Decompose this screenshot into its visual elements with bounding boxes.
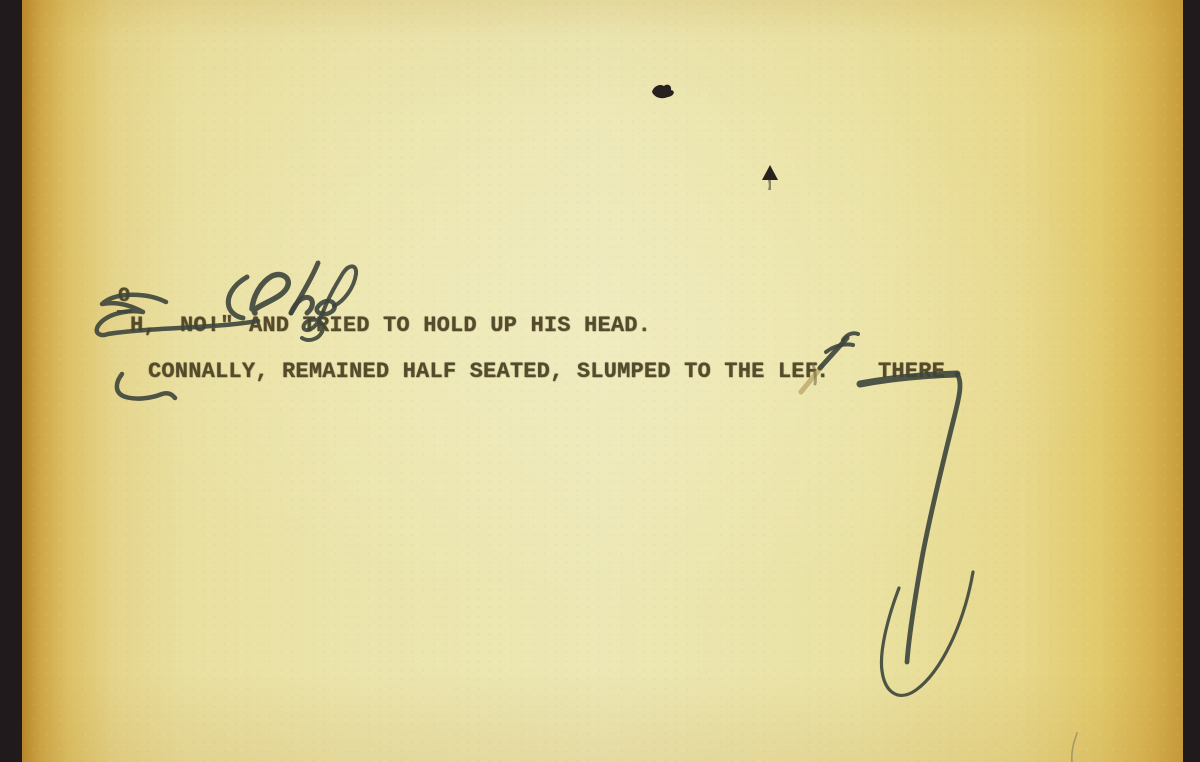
typed-line1-text: AND TRIED TO HOLD UP HIS HEAD. [249,313,651,339]
typed-line2-text: CONNALLY, REMAINED HALF SEATED, SLUMPED … [148,359,818,385]
typed-overtype-char: O [117,284,132,313]
typed-line2-deleted-word: THERE [878,359,945,385]
typed-line2-period: . [816,359,829,385]
scan-backdrop: O H, NO!" AND TRIED TO HOLD UP HIS HEAD.… [0,0,1200,762]
document-page: O H, NO!" AND TRIED TO HOLD UP HIS HEAD.… [22,0,1183,762]
typed-line1-start: H, [130,313,157,339]
typed-line1-deleted-word: NO!" [180,313,234,339]
